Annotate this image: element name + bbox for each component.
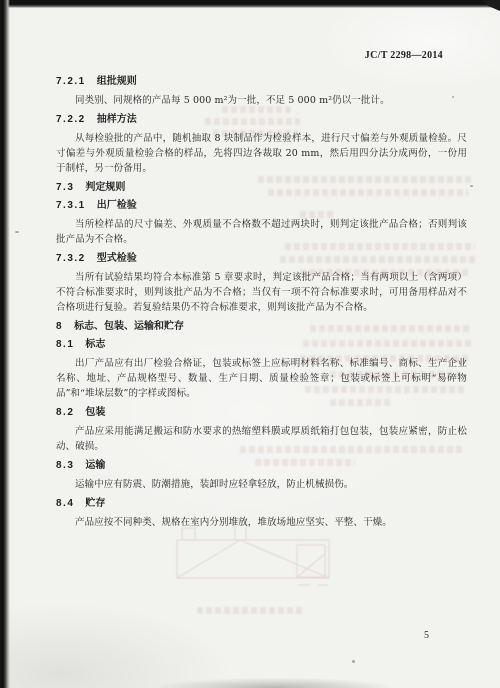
section-title: 抽样方法 bbox=[97, 114, 137, 125]
section-para: 当所有试验结果均符合本标准第 5 章要求时，判定该批产品合格；当有两项以上（含两… bbox=[56, 270, 467, 315]
section-para: 运输中应有防震、防潮措施，装卸时应轻拿轻放，防止机械损伤。 bbox=[56, 477, 467, 492]
section-heading-8-1: 8.1标志 bbox=[56, 338, 467, 351]
section-title: 判定规则 bbox=[85, 182, 125, 193]
section-heading-8-2: 8.2包装 bbox=[56, 406, 467, 419]
standard-code-header: JC/T 2298—2014 bbox=[56, 50, 467, 62]
section-heading-7-3-1: 7.3.1出厂检验 bbox=[56, 199, 467, 212]
section-number: 7.3.2 bbox=[56, 253, 86, 264]
section-para: 出厂产品应有出厂检验合格证，包装或标签上应标明材料名称、标准编号、商标、生产企业… bbox=[56, 356, 467, 401]
section-title: 标志 bbox=[85, 339, 105, 350]
section-title: 贮存 bbox=[85, 498, 105, 509]
section-heading-7-3-2: 7.3.2型式检验 bbox=[56, 252, 467, 265]
section-heading-8: 8标志、包装、运输和贮存 bbox=[56, 320, 467, 333]
page-number: 5 bbox=[424, 630, 429, 641]
section-number: 8 bbox=[56, 321, 63, 332]
section-title: 包装 bbox=[85, 407, 105, 418]
section-para: 同类别、同规格的产品每 5 000 m²为一批，不足 5 000 m²仍以一批计… bbox=[56, 93, 467, 108]
section-title: 运输 bbox=[85, 460, 105, 471]
section-title: 出厂检验 bbox=[97, 200, 137, 211]
section-number: 8.2 bbox=[56, 407, 74, 418]
section-number: 7.3.1 bbox=[56, 200, 86, 211]
scanned-document-page: JC/T 2298—2014 7.2.1组批规则 同类别、同规格的产品每 5 0… bbox=[0, 0, 500, 688]
section-title: 型式检验 bbox=[97, 253, 137, 264]
section-para: 当所检样品的尺寸偏差、外观质量不合格数不超过两块时，则判定该批产品合格；否则判该… bbox=[56, 217, 467, 247]
section-title: 组批规则 bbox=[97, 76, 137, 87]
section-number: 8.4 bbox=[56, 498, 74, 509]
section-heading-7-2-1: 7.2.1组批规则 bbox=[56, 75, 467, 88]
section-number: 7.3 bbox=[56, 182, 74, 193]
section-heading-7-2-2: 7.2.2抽样方法 bbox=[56, 113, 467, 126]
section-number: 7.2.2 bbox=[56, 114, 86, 125]
page-content: JC/T 2298—2014 7.2.1组批规则 同类别、同规格的产品每 5 0… bbox=[0, 0, 500, 688]
section-para: 产品应采用能满足搬运和防水要求的热缩塑料膜或厚质纸箱打包包装，包装应紧密，防止松… bbox=[56, 424, 467, 454]
section-number: 8.1 bbox=[56, 339, 74, 350]
section-para: 产品应按不同种类、规格在室内分别堆放，堆放场地应坚实、平整、干燥。 bbox=[56, 515, 467, 530]
section-number: 8.3 bbox=[56, 460, 74, 471]
section-para: 从每检验批的产品中，随机抽取 8 块制品作为检验样本，进行尺寸偏差与外观质量检验… bbox=[56, 131, 467, 176]
section-heading-8-3: 8.3运输 bbox=[56, 459, 467, 472]
section-heading-8-4: 8.4贮存 bbox=[56, 497, 467, 510]
section-number: 7.2.1 bbox=[56, 76, 86, 87]
section-title: 标志、包装、运输和贮存 bbox=[74, 321, 184, 332]
section-heading-7-3: 7.3判定规则 bbox=[56, 181, 467, 194]
